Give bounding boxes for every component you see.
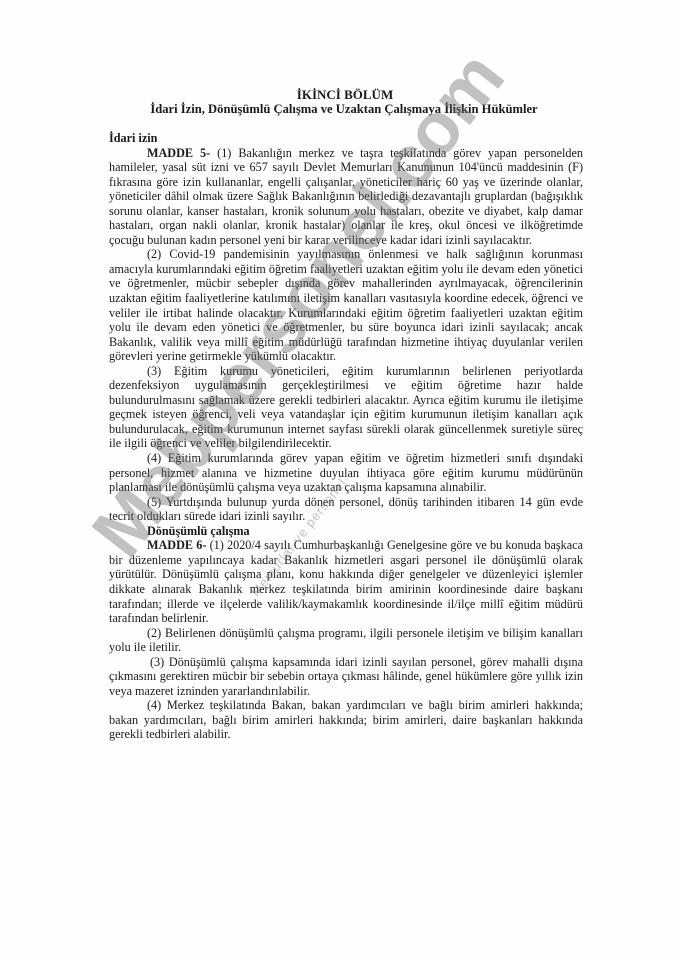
article-5-label: MADDE 5- [147,146,210,160]
chapter-subtitle: İdari İzin, Dönüşümlü Çalışma ve Uzaktan… [105,102,583,117]
article-6-paragraph-2: (2) Belirlenen dönüşümlü çalışma program… [109,626,583,655]
article-5-paragraph-3: (3) Eğitim kurumu yöneticileri, eğitim k… [109,364,583,451]
article-6-paragraph-1: MADDE 6- (1) 2020/4 sayılı Cumhurbaşkanl… [109,538,583,625]
article-5-paragraph-4: (4) Eğitim kurumlarında görev yapan eğit… [109,451,583,495]
article-5-paragraph-5: (5) Yurtdışında bulunup yurda dönen pers… [109,495,583,524]
article-6-paragraph-4: (4) Merkez teşkilatında Bakan, bakan yar… [109,698,583,742]
article-6-label: MADDE 6- [147,538,206,552]
section-heading-idari-izin: İdari izin [109,131,583,146]
section-heading-donusumlu-calisma: Dönüşümlü çalışma [109,524,583,539]
document-content: İKİNCİ BÖLÜM İdari İzin, Dönüşümlü Çalış… [109,87,583,742]
article-5-paragraph-1: MADDE 5- (1) Bakanlığın merkez ve taşra … [109,146,583,248]
document-page: İKİNCİ BÖLÜM İdari İzin, Dönüşümlü Çalış… [0,0,679,960]
article-6-paragraph-3: (3) Dönüşümlü çalışma kapsamında idari i… [109,655,583,699]
article-5-paragraph-2: (2) Covid-19 pandemisinin yayılmasının ö… [109,247,583,363]
chapter-title: İKİNCİ BÖLÜM [107,87,583,102]
